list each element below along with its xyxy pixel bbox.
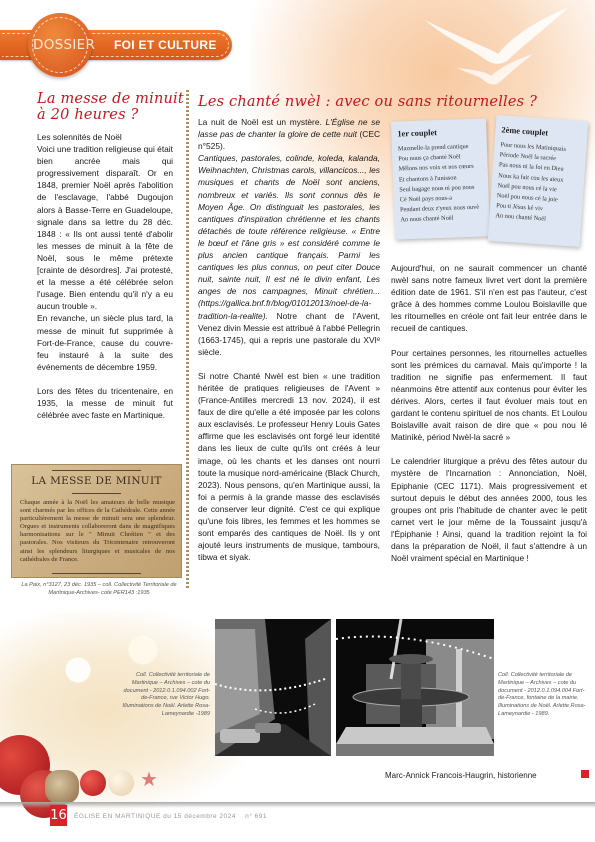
left-subheading: Les solennités de Noël [37, 131, 173, 143]
publication-date: du 15 décembre 2024 [163, 813, 236, 820]
rue-victor-hugo-night-photo [215, 619, 331, 756]
clipping-caption: La Paix, n°3127, 23 déc. 1935 – coll. Co… [14, 582, 184, 598]
main-article-column-2: Aujourd'hui, on ne saurait commencer un … [391, 262, 587, 564]
text-run-italic: Cantiques, pastorales, colinde, koleda, … [198, 153, 380, 320]
section-label: FOI ET CULTURE [114, 38, 217, 52]
left-paragraph: Lors des fêtes du tricentenaire, en 1935… [37, 385, 173, 421]
publication-name: ÉGLISE EN MARTINIQUE [74, 813, 161, 820]
page-number: 16 [50, 805, 67, 826]
left-article-title: La messe de minuit à 20 heures ? [37, 91, 184, 123]
star-ornament-icon: ★ [140, 770, 158, 790]
cream-bauble-icon [108, 770, 134, 796]
verse-heading: 1er couplet [397, 127, 480, 139]
verse-heading: 2ème couplet [501, 125, 581, 140]
newspaper-clipping-image: LA MESSE DE MINUIT Chaque année à la Noë… [11, 464, 182, 578]
footer-publication-line: ÉGLISE EN MARTINIQUE du 15 décembre 2024… [74, 813, 267, 820]
fontaine-mairie-night-photo [336, 619, 494, 756]
red-bauble-icon [80, 770, 106, 796]
left-title-line-2: à 20 heures ? [37, 107, 184, 123]
photo-left-caption: Coll. Collectivité territoriale de Marti… [120, 672, 210, 719]
lyric-line: An nous chanté Noël [400, 213, 483, 226]
text-run: La nuit de Noël est un mystère. [198, 117, 325, 127]
end-mark-square-icon [581, 770, 589, 778]
clipping-rule [52, 470, 141, 471]
lyrics-card-verse-1: 1er couplet Mazmelle-la prend cantique P… [391, 118, 490, 239]
author-signature: Marc-Annick Francois-Haugrin, historienn… [385, 771, 537, 780]
main-paragraph: Cantiques, pastorales, colinde, koleda, … [198, 152, 380, 358]
clipping-body: Chaque année à la Noël les amateurs de b… [20, 499, 175, 564]
left-paragraph: Voici une tradition religieuse qui était… [37, 143, 173, 312]
clipping-rule [52, 573, 141, 574]
main-article-title: Les chanté nwèl : avec ou sans ritournel… [198, 94, 537, 110]
photo-right-caption: Coll. Collectivité territoriale de Marti… [498, 672, 590, 719]
clipping-headline: LA MESSE DE MINUIT [12, 475, 181, 487]
issue-number: n° 691 [245, 813, 267, 820]
dossier-label: DOSSIER [33, 37, 95, 53]
main-paragraph: Aujourd'hui, on ne saurait commencer un … [391, 262, 587, 335]
left-paragraph: En revanche, un siècle plus tard, la mes… [37, 312, 173, 372]
pinecone-icon [45, 770, 79, 804]
column-divider [186, 90, 189, 590]
clipping-rule [72, 493, 121, 494]
main-paragraph: Pour certaines personnes, les ritournell… [391, 347, 587, 444]
main-article-column-1: La nuit de Noël est un mystère. L'Église… [198, 116, 380, 563]
main-paragraph: Si notre Chanté Nwèl est bien « une trad… [198, 370, 380, 564]
footer-divider [0, 802, 595, 808]
left-article-body: Les solennités de Noël Voici une traditi… [37, 131, 173, 421]
main-paragraph: Le calendrier liturgique a prévu des fêt… [391, 455, 587, 564]
small-dove-icon [455, 48, 535, 88]
lyrics-card-verse-2: 2ème couplet Pour nous les Matiniquais P… [488, 115, 589, 247]
main-paragraph: La nuit de Noël est un mystère. L'Église… [198, 116, 380, 152]
left-title-line-1: La messe de minuit [37, 91, 184, 107]
